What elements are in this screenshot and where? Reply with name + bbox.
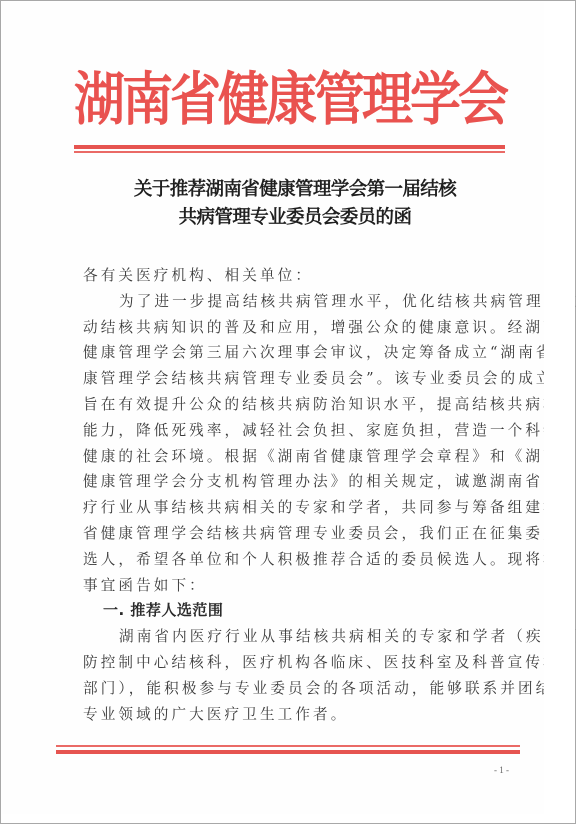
page-edge (544, 2, 575, 823)
paragraph-line: 为了进一步提高结核共病管理水平，优化结核共病管理，推 (83, 289, 515, 315)
document-page: 湖南省健康管理学会 关于推荐湖南省健康管理学会第一届结核 共病管理专业委员会委员… (2, 2, 544, 814)
section-1-paragraph: 湖南省内医疗行业从事结核共病相关的专家和学者（疾病预 防控制中心结核科，医疗机构… (83, 624, 515, 727)
divider-thin-line (56, 745, 520, 747)
footer-divider (56, 745, 520, 754)
divider-thin-line (74, 151, 505, 153)
paragraph-line: 动结核共病知识的普及和应用，增强公众的健康意识。经湖南省 (83, 315, 515, 341)
letter-body: 各有关医疗机构、相关单位： 为了进一步提高结核共病管理水平，优化结核共病管理，推… (83, 263, 515, 727)
paragraph-line: 防控制中心结核科，医疗机构各临床、医技科室及科普宣传相关 (83, 650, 515, 676)
page-number: - 1 - (494, 765, 509, 775)
paragraph-line: 健康的社会环境。根据《湖南省健康管理学会章程》和《湖南省 (83, 444, 515, 470)
paragraph-line: 能力，降低死残率，减轻社会负担、家庭负担，营造一个科学、 (83, 418, 515, 444)
document-frame: 湖南省健康管理学会 关于推荐湖南省健康管理学会第一届结核 共病管理专业委员会委员… (0, 0, 576, 824)
paragraph-line: 事宜函告如下： (83, 573, 515, 599)
paragraph-line: 湖南省内医疗行业从事结核共病相关的专家和学者（疾病预 (83, 624, 515, 650)
paragraph-1: 为了进一步提高结核共病管理水平，优化结核共病管理，推 动结核共病知识的普及和应用… (83, 289, 515, 599)
letter-title: 关于推荐湖南省健康管理学会第一届结核 共病管理专业委员会委员的函 (62, 176, 528, 232)
paragraph-line: 疗行业从事结核共病相关的专家和学者，共同参与筹备组建湖南 (83, 495, 515, 521)
title-line-2: 共病管理专业委员会委员的函 (62, 204, 528, 232)
paragraph-line: 康管理学会结核共病管理专业委员会”。该专业委员会的成立， (83, 366, 515, 392)
paragraph-line: 省健康管理学会结核共病管理专业委员会，我们正在征集委员候 (83, 521, 515, 547)
masthead-divider (74, 145, 505, 153)
salutation: 各有关医疗机构、相关单位： (83, 263, 515, 289)
paragraph-line: 健康管理学会第三届六次理事会审议，决定筹备成立“湖南省健 (83, 340, 515, 366)
paragraph-line: 部门），能积极参与专业委员会的各项活动，能够联系并团结本 (83, 676, 515, 702)
paragraph-line: 专业领域的广大医疗卫生工作者。 (83, 702, 515, 728)
divider-thick-line (56, 750, 520, 754)
paragraph-line: 旨在有效提升公众的结核共病防治知识水平，提高结核共病救治 (83, 392, 515, 418)
paragraph-line: 健康管理学会分支机构管理办法》的相关规定，诚邀湖南省内医 (83, 469, 515, 495)
title-line-1: 关于推荐湖南省健康管理学会第一届结核 (62, 176, 528, 204)
masthead-title: 湖南省健康管理学会 (74, 64, 506, 138)
divider-thick-line (74, 145, 505, 149)
section-heading-1: 一. 推荐人选范围 (83, 598, 515, 624)
paragraph-line: 选人，希望各单位和个人积极推荐合适的委员候选人。现将相关 (83, 547, 515, 573)
